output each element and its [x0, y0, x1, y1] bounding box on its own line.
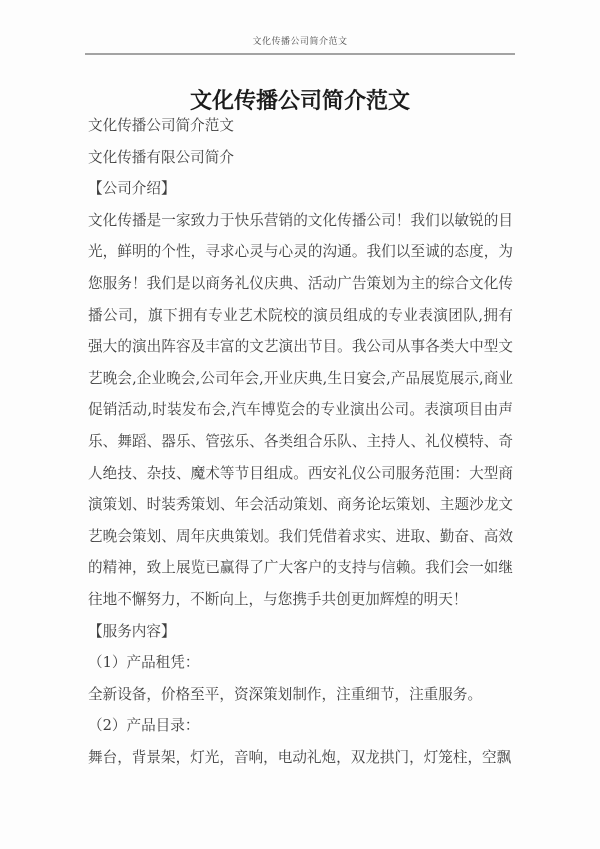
service-item-2-text: 舞台，背景架，灯光，音响，电动礼炮，双龙拱门，灯笼柱，空飘 — [88, 742, 513, 774]
service-item-1-heading: （1）产品租凭： — [88, 647, 513, 679]
running-header: 文化传播公司简介范文 — [0, 37, 600, 48]
section-heading-company-intro: 【公司介绍】 — [88, 173, 513, 205]
service-item-1-text: 全新设备，价格至平，资深策划制作，注重细节，注重服务。 — [88, 679, 513, 711]
document-page: 文化传播公司简介范文 文化传播公司简介范文 文化传播公司简介范文 文化传播有限公… — [0, 0, 600, 849]
company-intro-paragraph: 文化传播是一家致力于快乐营销的文化传播公司！我们以敏锐的目光，鲜明的个性，寻求心… — [88, 205, 513, 616]
service-item-2-heading: （2）产品目录： — [88, 710, 513, 742]
doc-subtitle: 文化传播公司简介范文 — [88, 110, 513, 142]
document-body: 文化传播公司简介范文 文化传播有限公司简介 【公司介绍】 文化传播是一家致力于快… — [88, 110, 513, 773]
header-rule-divider — [85, 53, 515, 55]
doc-subtitle-2: 文化传播有限公司简介 — [88, 142, 513, 174]
section-heading-services: 【服务内容】 — [88, 616, 513, 648]
